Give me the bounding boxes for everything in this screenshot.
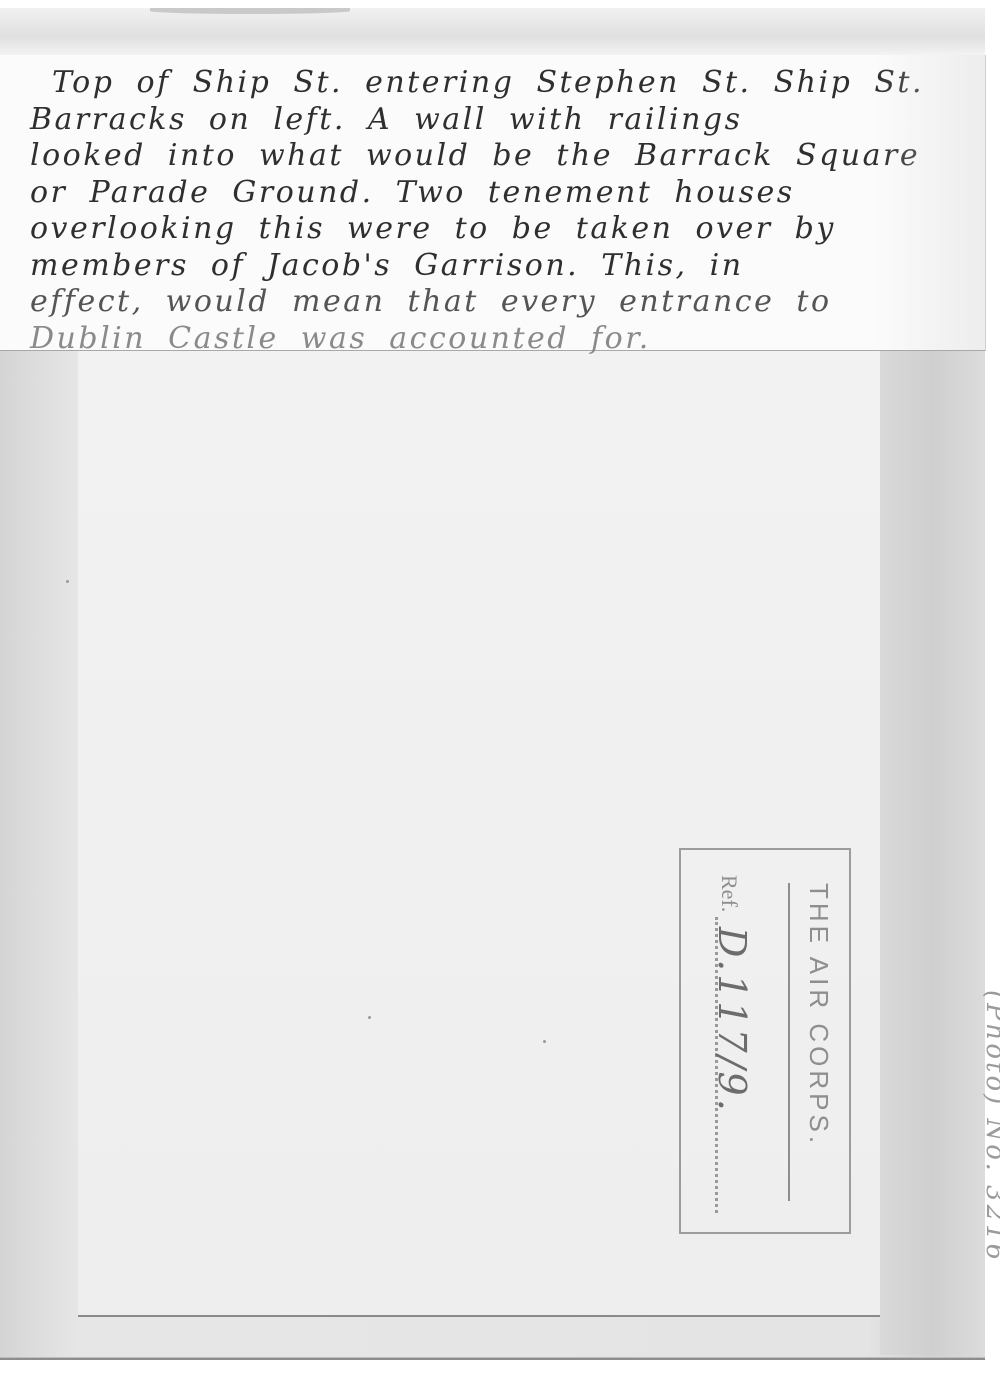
caption-label: Top of Ship St. entering Stephen St. Shi… bbox=[0, 55, 986, 351]
stamp-title: THE AIR CORPS. bbox=[803, 883, 834, 1203]
caption-line: Barracks on left. A wall with railings bbox=[30, 102, 970, 139]
paper-speck bbox=[543, 1040, 546, 1043]
stamp-ref-label: Ref. bbox=[716, 875, 742, 912]
paper-speck bbox=[66, 580, 69, 583]
handwritten-caption: Top of Ship St. entering Stephen St. Shi… bbox=[30, 65, 970, 357]
stamp-reference: Ref. D.117/9. bbox=[706, 875, 756, 1215]
stamp-ref-value: D.117/9. bbox=[710, 927, 754, 1114]
caption-line: effect, would mean that every entrance t… bbox=[30, 284, 970, 321]
caption-line: members of Jacob's Garrison. This, in bbox=[30, 248, 970, 285]
caption-line: or Parade Ground. Two tenement houses bbox=[30, 175, 970, 212]
sleeve-top-fold bbox=[0, 8, 985, 56]
air-corps-stamp: THE AIR CORPS. Ref. D.117/9. bbox=[679, 848, 851, 1234]
pencil-annotation: (Photo) No. 3216 bbox=[970, 990, 1000, 1230]
document-page: Top of Ship St. entering Stephen St. Shi… bbox=[0, 0, 1000, 1393]
caption-line: Top of Ship St. entering Stephen St. Shi… bbox=[30, 65, 970, 102]
caption-line: Dublin Castle was accounted for. bbox=[30, 321, 970, 358]
paper-speck bbox=[368, 1016, 371, 1019]
caption-line: looked into what would be the Barrack Sq… bbox=[30, 138, 970, 175]
stamp-divider bbox=[788, 883, 790, 1201]
caption-line: overlooking this were to be taken over b… bbox=[30, 211, 970, 248]
